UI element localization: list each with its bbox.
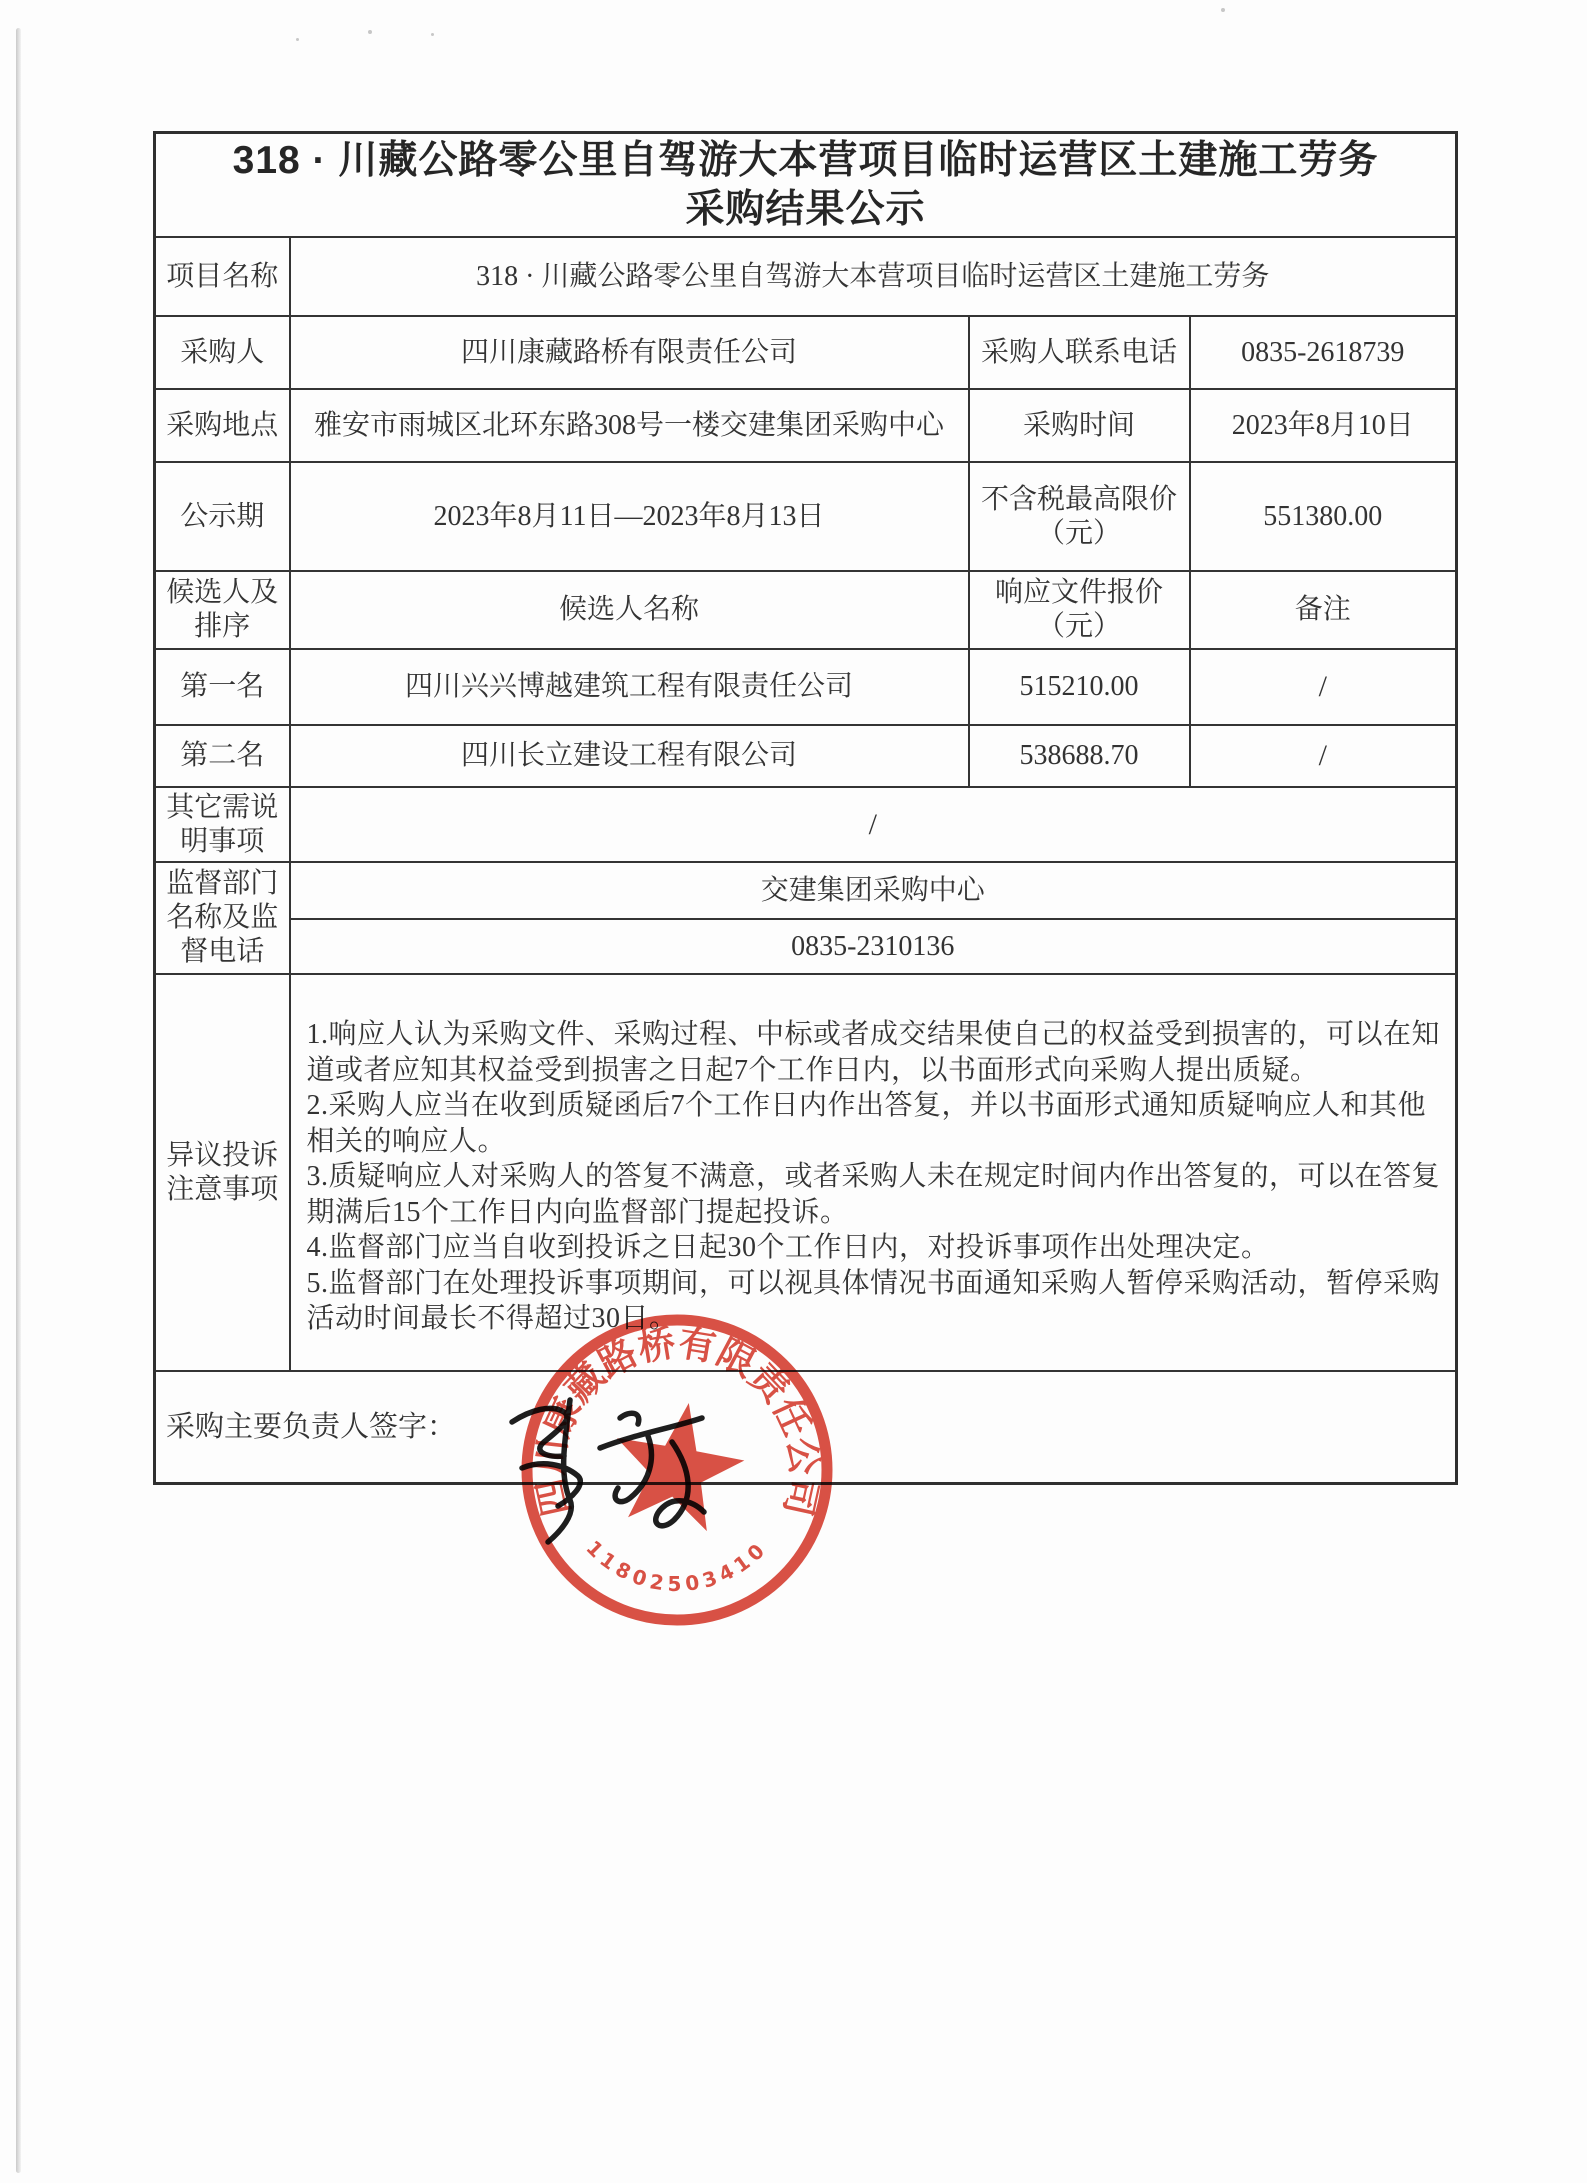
purchaser-row: 采购人 四川康藏路桥有限责任公司 采购人联系电话 0835-2618739 xyxy=(155,316,1457,389)
candidate-2-name: 四川长立建设工程有限公司 xyxy=(290,725,969,787)
location-row: 采购地点 雅安市雨城区北环东路308号一楼交建集团采购中心 采购时间 2023年… xyxy=(155,389,1457,462)
candidate-price-header: 响应文件报价 （元） xyxy=(969,571,1190,649)
supervision-department-row: 监督部门 名称及监 督电话 交建集团采购中心 xyxy=(155,862,1457,919)
supervision-label: 监督部门 名称及监 督电话 xyxy=(155,862,290,974)
scan-speck xyxy=(1221,8,1225,12)
scan-edge-artifact xyxy=(16,28,21,2173)
candidate-row-2: 第二名 四川长立建设工程有限公司 538688.70 / xyxy=(155,725,1457,787)
project-name-label: 项目名称 xyxy=(155,237,290,316)
candidates-header-row: 候选人及 排序 候选人名称 响应文件报价 （元） 备注 xyxy=(155,571,1457,649)
supervision-phone: 0835-2310136 xyxy=(290,919,1457,974)
candidate-name-header: 候选人名称 xyxy=(290,571,969,649)
location-label: 采购地点 xyxy=(155,389,290,462)
purchaser-phone-label: 采购人联系电话 xyxy=(969,316,1190,389)
scanned-document-page: 318 · 川藏公路零公里自驾游大本营项目临时运营区土建施工劳务 采购结果公示 … xyxy=(0,0,1587,2183)
candidate-1-rank: 第一名 xyxy=(155,649,290,725)
signature-row: 采购主要负责人签字： xyxy=(155,1371,1457,1483)
candidate-2-rank: 第二名 xyxy=(155,725,290,787)
candidate-2-price: 538688.70 xyxy=(969,725,1190,787)
objection-item-5: 5.监督部门在处理投诉事项期间，可以视具体情况书面通知采购人暂停采购活动，暂停采… xyxy=(307,1266,1442,1337)
purchaser-phone-value: 0835-2618739 xyxy=(1190,316,1457,389)
signature-label: 采购主要负责人签字： xyxy=(155,1371,1457,1483)
max-price-label: 不含税最高限价 （元） xyxy=(969,462,1190,571)
candidate-2-remark: / xyxy=(1190,725,1457,787)
publicity-period-value: 2023年8月11日—2023年8月13日 xyxy=(290,462,969,571)
objection-item-1: 1.响应人认为采购文件、采购过程、中标或者成交结果使自己的权益受到损害的，可以在… xyxy=(307,1017,1442,1088)
publicity-period-label: 公示期 xyxy=(155,462,290,571)
procurement-result-table: 318 · 川藏公路零公里自驾游大本营项目临时运营区土建施工劳务 采购结果公示 … xyxy=(153,131,1458,1485)
purchaser-label: 采购人 xyxy=(155,316,290,389)
objection-item-3: 3.质疑响应人对采购人的答复不满意，或者采购人未在规定时间内作出答复的，可以在答… xyxy=(307,1159,1442,1230)
other-notes-label: 其它需说 明事项 xyxy=(155,787,290,862)
scan-speck xyxy=(296,38,299,41)
purchase-time-label: 采购时间 xyxy=(969,389,1190,462)
purchaser-value: 四川康藏路桥有限责任公司 xyxy=(290,316,969,389)
scan-speck xyxy=(431,33,434,36)
location-value: 雅安市雨城区北环东路308号一楼交建集团采购中心 xyxy=(290,389,969,462)
objection-notice-row: 异议投诉 注意事项 1.响应人认为采购文件、采购过程、中标或者成交结果使自己的权… xyxy=(155,974,1457,1371)
publicity-period-row: 公示期 2023年8月11日—2023年8月13日 不含税最高限价 （元） 55… xyxy=(155,462,1457,571)
candidate-1-name: 四川兴兴博越建筑工程有限责任公司 xyxy=(290,649,969,725)
candidate-remark-header: 备注 xyxy=(1190,571,1457,649)
other-notes-row: 其它需说 明事项 / xyxy=(155,787,1457,862)
project-name-value: 318 · 川藏公路零公里自驾游大本营项目临时运营区土建施工劳务 xyxy=(290,237,1457,316)
objection-label: 异议投诉 注意事项 xyxy=(155,974,290,1371)
scan-speck xyxy=(368,30,372,34)
document-title: 318 · 川藏公路零公里自驾游大本营项目临时运营区土建施工劳务 采购结果公示 xyxy=(155,133,1457,238)
title-line-1: 318 · 川藏公路零公里自驾游大本营项目临时运营区土建施工劳务 xyxy=(162,136,1449,185)
supervision-department: 交建集团采购中心 xyxy=(290,862,1457,919)
purchase-time-value: 2023年8月10日 xyxy=(1190,389,1457,462)
project-name-row: 项目名称 318 · 川藏公路零公里自驾游大本营项目临时运营区土建施工劳务 xyxy=(155,237,1457,316)
max-price-value: 551380.00 xyxy=(1190,462,1457,571)
title-line-2: 采购结果公示 xyxy=(162,185,1449,234)
other-notes-value: / xyxy=(290,787,1457,862)
objection-item-4: 4.监督部门应当自收到投诉之日起30个工作日内，对投诉事项作出处理决定。 xyxy=(307,1230,1442,1266)
candidate-1-remark: / xyxy=(1190,649,1457,725)
candidate-row-1: 第一名 四川兴兴博越建筑工程有限责任公司 515210.00 / xyxy=(155,649,1457,725)
supervision-phone-row: 0835-2310136 xyxy=(155,919,1457,974)
objection-item-2: 2.采购人应当在收到质疑函后7个工作日内作出答复，并以书面形式通知质疑响应人和其… xyxy=(307,1088,1442,1159)
title-row: 318 · 川藏公路零公里自驾游大本营项目临时运营区土建施工劳务 采购结果公示 xyxy=(155,133,1457,238)
candidate-1-price: 515210.00 xyxy=(969,649,1190,725)
candidates-rank-label: 候选人及 排序 xyxy=(155,571,290,649)
objection-content: 1.响应人认为采购文件、采购过程、中标或者成交结果使自己的权益受到损害的，可以在… xyxy=(290,974,1457,1371)
